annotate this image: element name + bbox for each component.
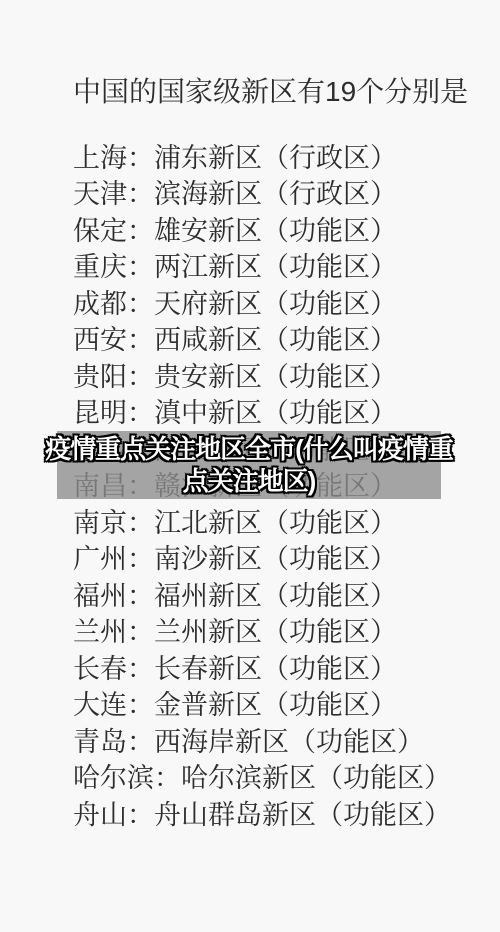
list-item: 保定：雄安新区（功能区） (73, 210, 451, 247)
list-item: 广州：南沙新区（功能区） (73, 539, 451, 576)
list-item: 上海：浦东新区（行政区） (73, 137, 451, 174)
list-item: 天津：滨海新区（行政区） (73, 174, 451, 211)
list-item: 福州：福州新区（功能区） (73, 575, 451, 612)
list-item: 重庆：两江新区（功能区） (73, 247, 451, 284)
list-item: 兰州：兰州新区（功能区） (73, 612, 451, 649)
page: 中国的国家级新区有19个分别是 上海：浦东新区（行政区） 天津：滨海新区（行政区… (0, 0, 500, 932)
page-title: 中国的国家级新区有19个分别是 (73, 70, 468, 110)
list-item: 昆明：滇中新区（功能区） (73, 393, 451, 430)
list-item: 贵阳：贵安新区（功能区） (73, 356, 451, 393)
list-item: 南京：江北新区（功能区） (73, 502, 451, 539)
caption-line-1: 疫情重点关注地区全市(什么叫疫情重 (45, 433, 453, 465)
list-item: 成都：天府新区（功能区） (73, 283, 451, 320)
caption-line-2: 点关注地区) (183, 465, 316, 497)
list-item: 青岛：西海岸新区（功能区） (73, 721, 451, 758)
list-item: 舟山：舟山群岛新区（功能区） (73, 794, 451, 831)
list-item: 长春：长春新区（功能区） (73, 648, 451, 685)
list-item: 哈尔滨：哈尔滨新区（功能区） (73, 758, 451, 795)
caption-overlay: 疫情重点关注地区全市(什么叫疫情重 点关注地区) (57, 431, 441, 499)
list-item: 西安：西咸新区（功能区） (73, 320, 451, 357)
list-item: 大连：金普新区（功能区） (73, 685, 451, 722)
